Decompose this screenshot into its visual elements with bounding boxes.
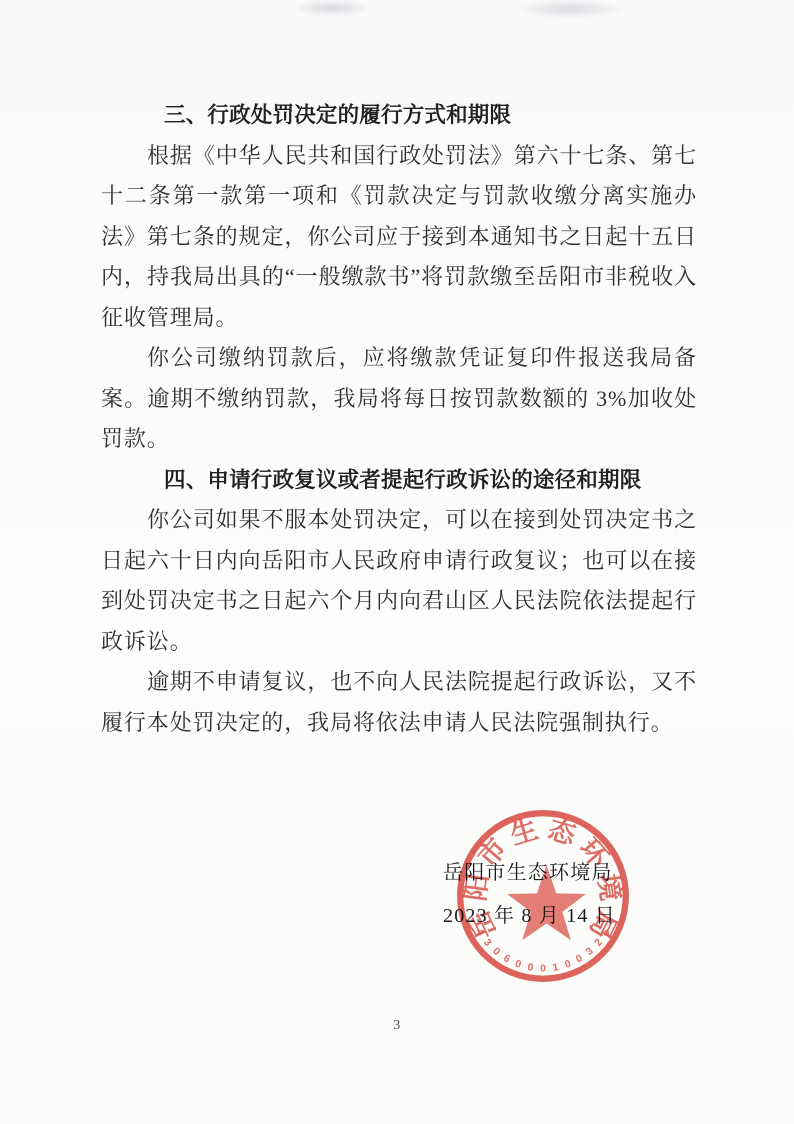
svg-text:0: 0 [513, 959, 522, 971]
svg-text:3: 3 [481, 937, 493, 949]
scan-artifact [515, 0, 625, 18]
svg-text:0: 0 [490, 946, 502, 958]
section-3-heading: 三、行政处罚决定的履行方式和期限 [164, 95, 697, 136]
svg-text:生: 生 [507, 814, 541, 850]
svg-text:2: 2 [593, 937, 605, 949]
scanned-page: 三、行政处罚决定的履行方式和期限 根据《中华人民共和国行政处罚法》第六十七条、第… [0, 0, 794, 1124]
svg-text:3: 3 [584, 946, 596, 958]
svg-text:1: 1 [552, 962, 560, 974]
section-4-heading: 四、申请行政复议或者提起行政诉讼的途径和期限 [164, 460, 697, 501]
document-body: 三、行政处罚决定的履行方式和期限 根据《中华人民共和国行政处罚法》第六十七条、第… [101, 95, 697, 743]
svg-text:4: 4 [473, 927, 486, 938]
svg-text:0: 0 [527, 962, 535, 974]
signature-date: 2023 年 8 月 14 日 [443, 899, 616, 928]
paragraph: 你公司缴纳罚款后，应将缴款凭证复印件报送我局备案。逾期不缴纳罚款，我局将每日按罚… [101, 338, 697, 460]
svg-text:6: 6 [501, 953, 512, 966]
signature-agency: 岳阳市生态环境局 [443, 856, 613, 885]
official-seal-icon: 岳阳市生态环境局4306000100325 [453, 806, 633, 986]
svg-text:0: 0 [563, 958, 572, 970]
paragraph: 逾期不申请复议，也不向人民法院提起行政诉讼，又不履行本处罚决定的，我局将依法申请… [101, 662, 697, 743]
page-number: 3 [0, 1018, 794, 1034]
svg-text:0: 0 [540, 964, 546, 975]
scan-artifact [292, 0, 372, 16]
svg-text:态: 态 [545, 814, 580, 851]
paragraph: 你公司如果不服本处罚决定，可以在接到处罚决定书之日起六十日内向岳阳市人民政府申请… [101, 500, 697, 662]
svg-text:0: 0 [574, 953, 585, 966]
svg-text:5: 5 [600, 927, 613, 938]
paragraph: 根据《中华人民共和国行政处罚法》第六十七条、第七十二条第一款第一项和《罚款决定与… [101, 136, 697, 339]
